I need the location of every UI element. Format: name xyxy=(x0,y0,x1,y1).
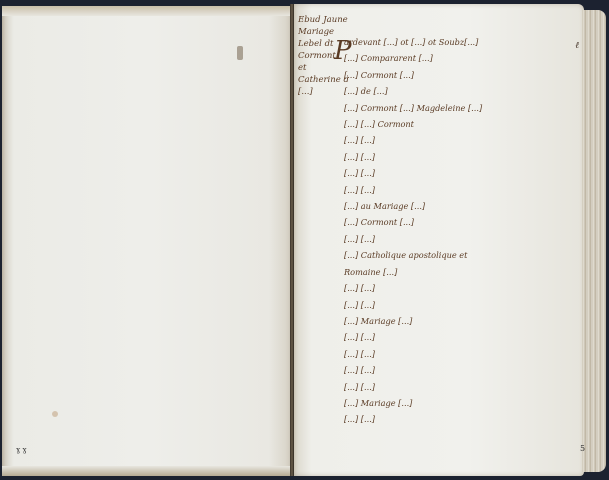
text-line: [...] [...] xyxy=(344,132,566,148)
text-line: [...] Cormont [...] xyxy=(344,67,566,83)
margin-note: Catherine dt xyxy=(298,74,348,86)
text-line: [...] Cormont [...] Magdeleine [...] xyxy=(344,100,566,116)
page-stack-edge xyxy=(582,10,606,472)
text-line: [...] Compararent [...] xyxy=(344,50,566,66)
page-edge-top xyxy=(2,6,292,16)
text-line: [...] [...] xyxy=(344,329,566,345)
manuscript-body: ardevant [...] ot [...] ot Soubz[...] [.… xyxy=(344,34,566,428)
text-line: [...] [...] xyxy=(344,362,566,378)
text-line: ardevant [...] ot [...] ot Soubz[...] xyxy=(344,34,566,50)
ink-mark xyxy=(237,46,243,60)
text-line: [...] [...] xyxy=(344,297,566,313)
text-line: [...] Cormont [...] xyxy=(344,214,566,230)
text-line: [...] Mariage [...] xyxy=(344,313,566,329)
text-line: [...] [...] xyxy=(344,346,566,362)
margin-note: Ebud Jaunegre [...] xyxy=(298,14,348,26)
text-line: [...] Catholique apostolique et xyxy=(344,247,566,263)
folio-mark: ℓ xyxy=(575,40,579,51)
text-line: [...] [...] xyxy=(344,165,566,181)
text-line: [...] de [...] xyxy=(344,83,566,99)
left-page: ɣ ɣ xyxy=(2,6,292,476)
text-line: Romaine [...] xyxy=(344,264,566,280)
book-spread: ɣ ɣ ℓ Ebud Jaunegre [...] Mariage Lebel … xyxy=(0,0,609,480)
right-corner-mark: 5 xyxy=(580,444,585,453)
text-line: [...] Mariage [...] xyxy=(344,395,566,411)
text-line: [...] [...] xyxy=(344,149,566,165)
page-edge-bottom xyxy=(2,466,292,476)
text-line: [...] [...] xyxy=(344,379,566,395)
text-line: [...] [...] xyxy=(344,411,566,427)
text-line: [...] [...] xyxy=(344,231,566,247)
left-corner-mark: ɣ ɣ xyxy=(16,446,27,454)
text-line: [...] [...] xyxy=(344,182,566,198)
text-line: [...] [...] Cormont xyxy=(344,116,566,132)
text-line: [...] au Mariage [...] xyxy=(344,198,566,214)
margin-note: [...] xyxy=(298,86,348,98)
stain-spot xyxy=(52,411,58,417)
text-line: [...] [...] xyxy=(344,280,566,296)
